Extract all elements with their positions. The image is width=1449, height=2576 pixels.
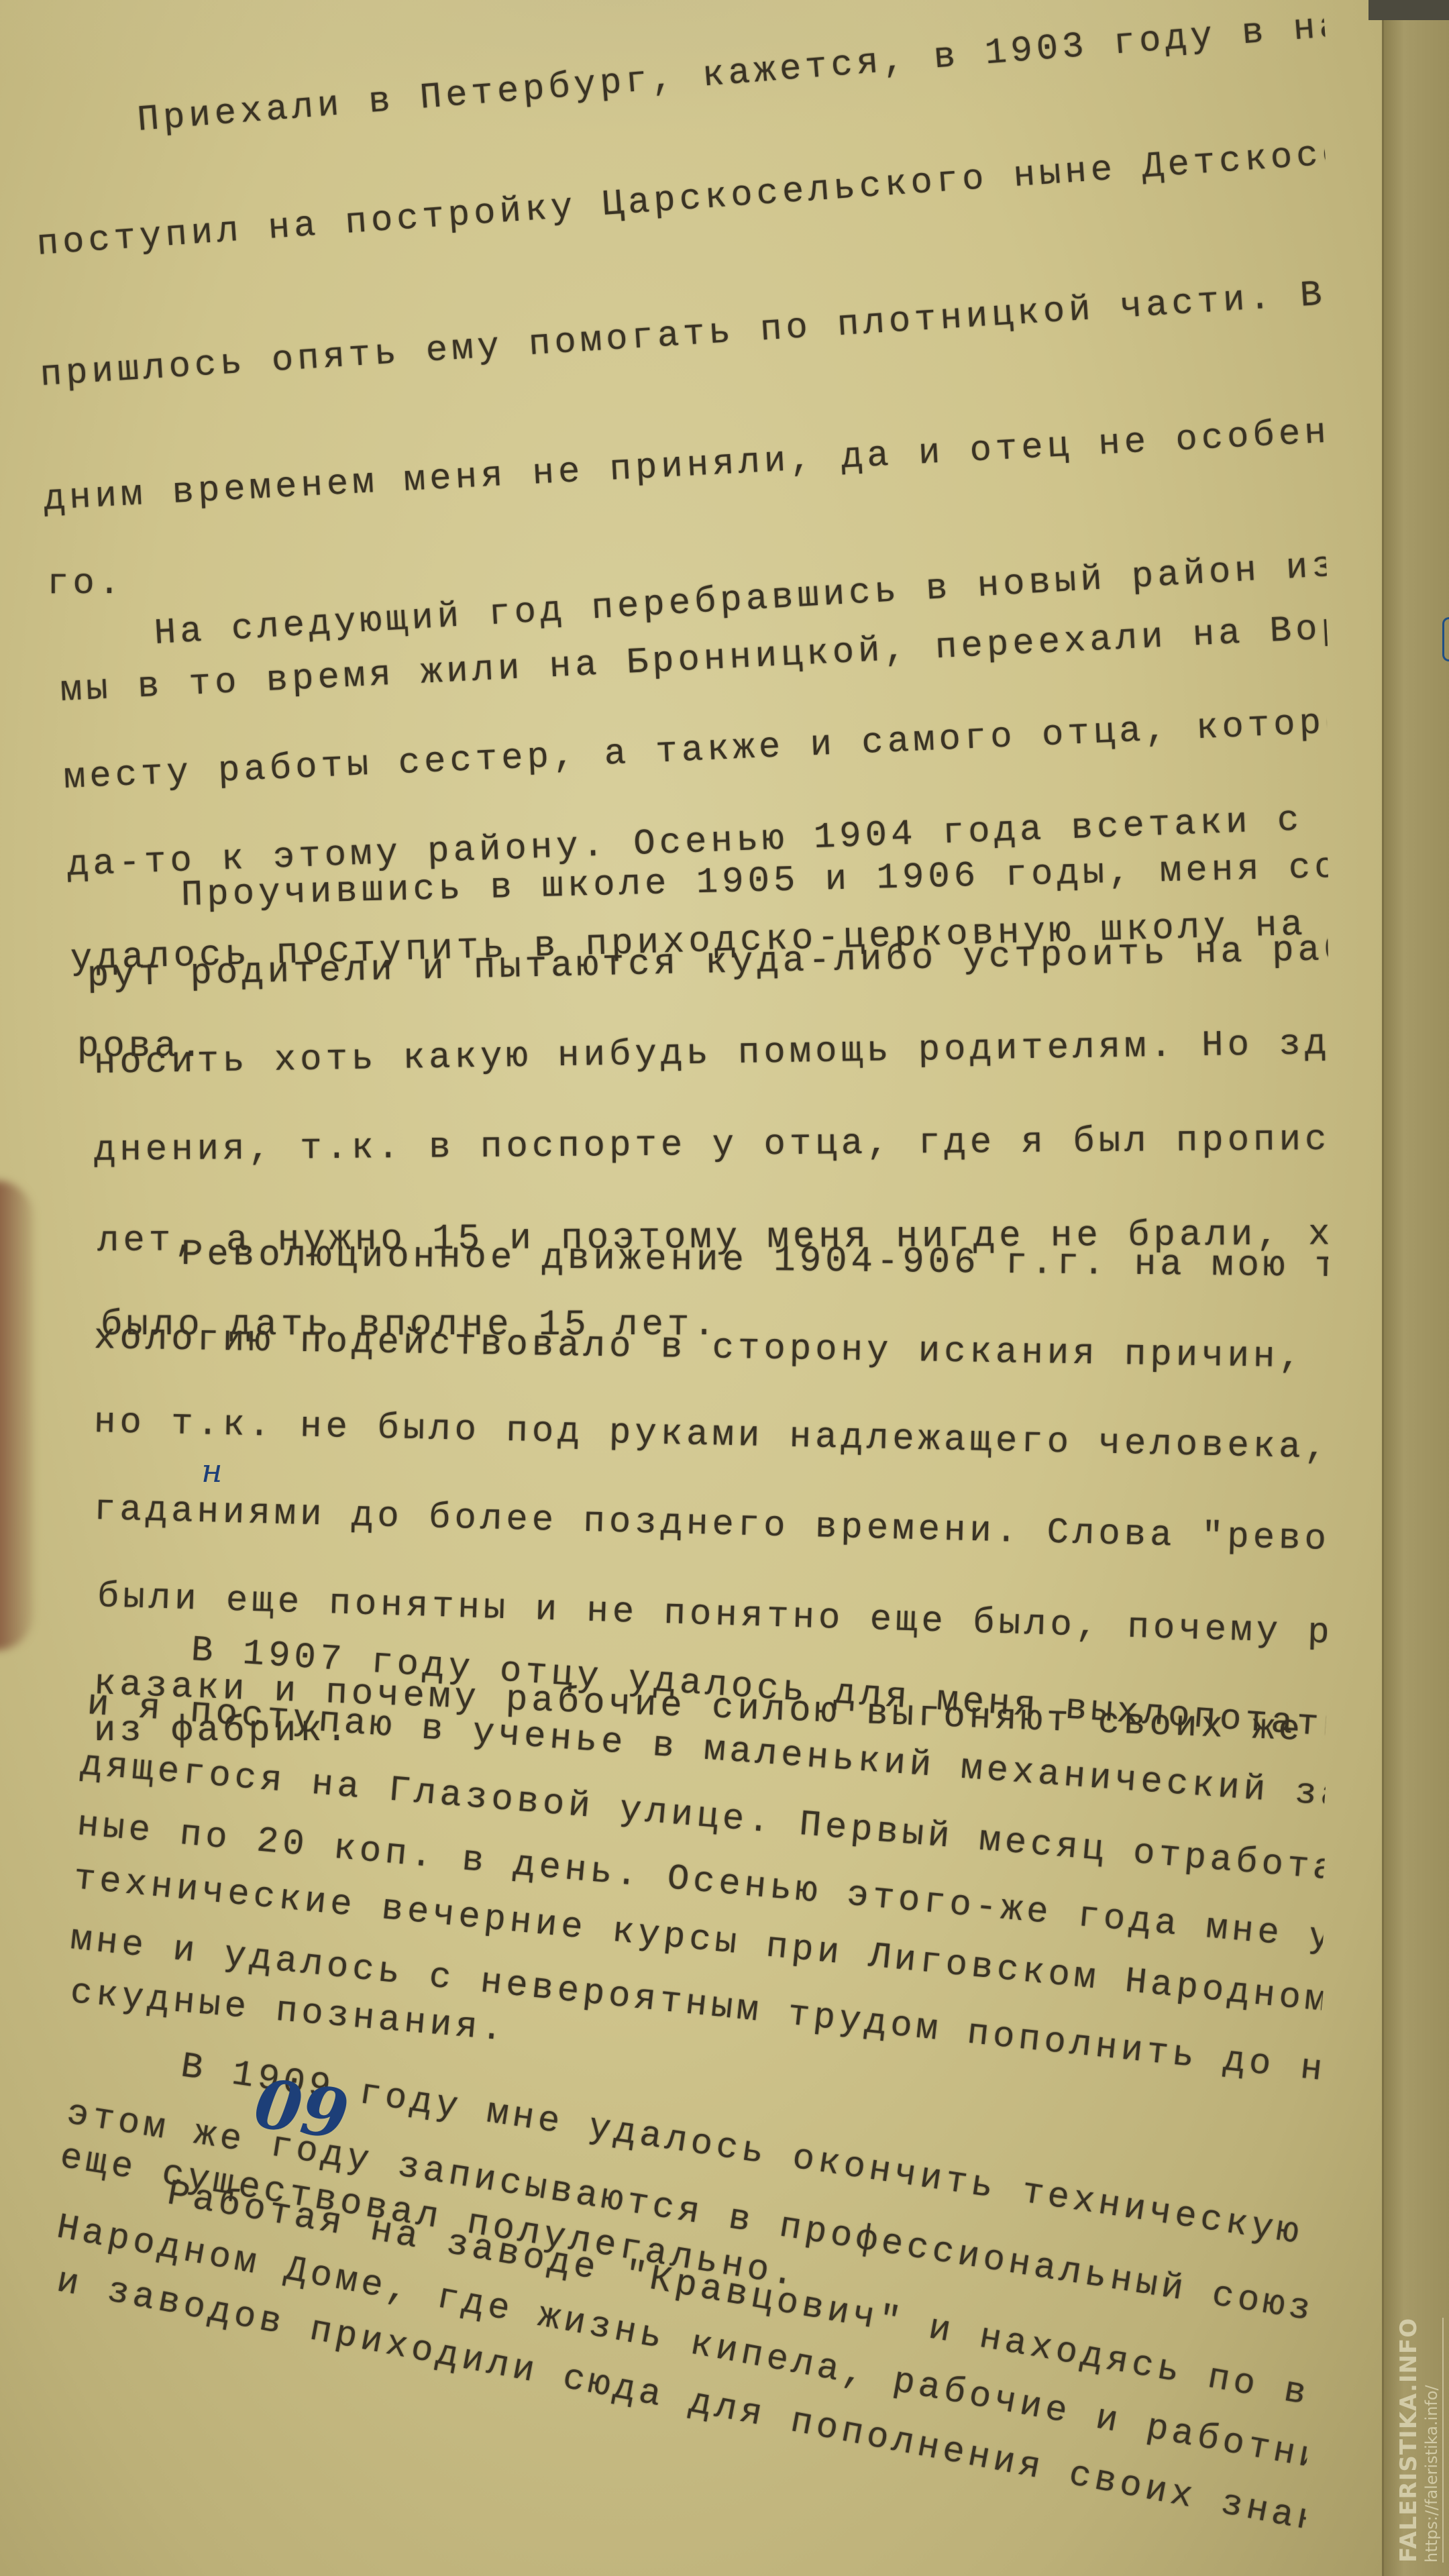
typewritten-text: Приехали в Петербург, кажется, в 1903 го… (0, 0, 1382, 2576)
text-line: поступил на постройку Царскосельского ны… (36, 135, 1327, 266)
binding-edge (1368, 0, 1449, 20)
document-page: Приехали в Петербург, кажется, в 1903 го… (0, 0, 1382, 2576)
text-line: гаданиями до более позднего времени. Сло… (93, 1489, 1328, 1560)
watermark-title: FALERISTIKA.INFO (1395, 2318, 1422, 2563)
ink-correction-year: 09 (250, 2063, 353, 2155)
text-line: месту работы сестер, а также и самого от… (63, 703, 1328, 799)
page-spine (1382, 0, 1449, 2576)
ink-mark-next-page (1442, 617, 1449, 661)
text-line: дним временем меня не приняли, да и отец… (42, 413, 1328, 521)
watermark-url: https://faleristika.info/ (1422, 2318, 1444, 2563)
text-line: пришлось опять ему помогать по плотницко… (39, 275, 1327, 396)
text-line: но т.к. не было под руками надлежащего ч… (93, 1402, 1328, 1469)
text-line: днения, т.к. в поспорте у отца, где я бы… (94, 1120, 1328, 1171)
watermark: FALERISTIKA.INFO https://faleristika.inf… (1395, 2318, 1444, 2563)
ink-insertion-mark: н (201, 1452, 223, 1490)
finger-shadow (0, 1181, 34, 1650)
text-line: Приехали в Петербург, кажется, в 1903 го… (136, 7, 1326, 142)
